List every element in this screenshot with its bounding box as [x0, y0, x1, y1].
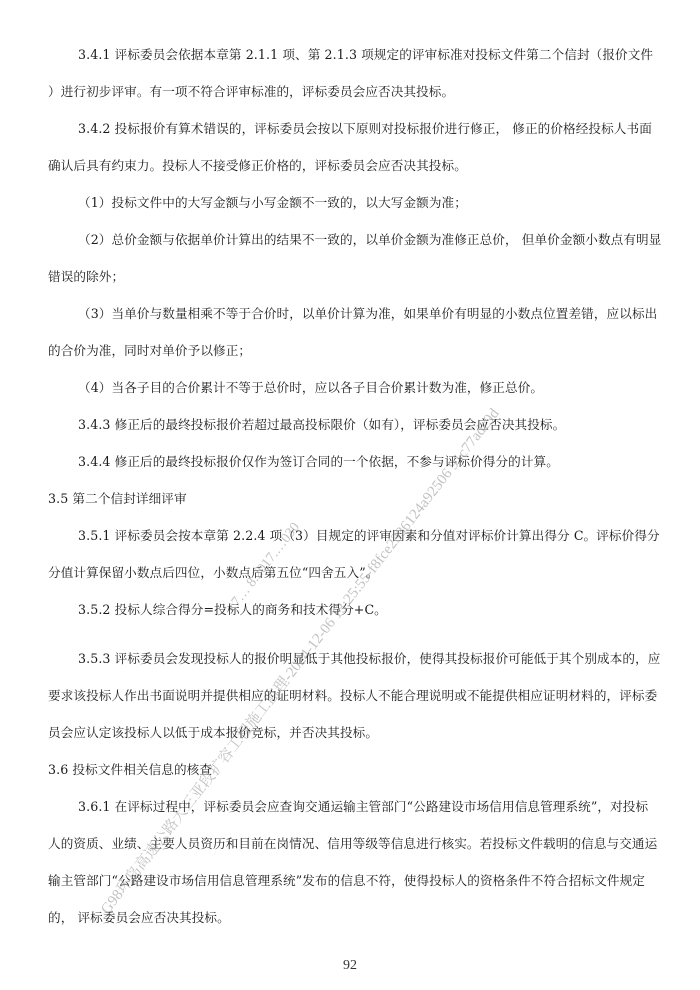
- text-line: 3.6.1 在评标过程中，评标委员会应查询交通运输主管部门“公路建设市场信用信息…: [78, 799, 648, 815]
- text-line: 的， 评标委员会应否决其投标。: [48, 910, 648, 926]
- text-line: 员会应认定该投标人以低于成本报价竞标，并否决其投标。: [48, 725, 648, 741]
- text-line: 3.4.4 修正后的最终投标报价仅作为签订合同的一个依据，不参与评标价得分的计算…: [78, 454, 648, 470]
- text-line: 要求该投标人作出书面说明并提供相应的证明材料。投标人不能合理说明或不能提供相应证…: [48, 688, 648, 704]
- text-line: 3.4.2 投标报价有算术错误的，评标委员会按以下原则对投标报价进行修正， 修正…: [78, 121, 648, 137]
- page-number: 92: [0, 958, 700, 974]
- text-line: （1）投标文件中的大写金额与小写金额不一致的，以大写金额为准；: [78, 195, 648, 211]
- document-page: 3.4.1 评标委员会依据本章第 2.1.1 项、第 2.1.3 项规定的评审标…: [0, 0, 700, 990]
- text-line: 3.5 第二个信封详细评审: [48, 491, 648, 507]
- text-line: 确认后具有约束力。投标人不接受修正价格的，评标委员会应否决其投标。: [48, 158, 648, 174]
- text-line: 的合价为准，同时对单价予以修正；: [48, 343, 648, 359]
- text-line: 人的资质、业绩、主要人员资历和目前在岗情况、信用等级等信息进行核实。若投标文件载…: [48, 836, 648, 852]
- text-line: 3.5.2 投标人综合得分=投标人的商务和技术得分+C。: [78, 602, 648, 618]
- text-line: （4）当各子目的合价累计不等于总价时，应以各子目合价累计数为准，修正总价。: [78, 380, 648, 396]
- text-line: 分值计算保留小数点后四位，小数点后第五位“四舍五入”。: [48, 565, 648, 581]
- text-line: （3）当单价与数量相乘不等于合价时，以单价计算为准，如果单价有明显的小数点位置差…: [78, 306, 648, 322]
- text-line: （2）总价金额与依据单价计算出的结果不一致的，以单价金额为准修正总价， 但单价金…: [78, 232, 648, 248]
- text-line: 3.6 投标文件相关信息的核查: [48, 762, 648, 778]
- text-line: 3.5.3 评标委员会发现投标人的报价明显低于其他投标报价，使得其投标报价可能低…: [78, 651, 648, 667]
- text-line: 输主管部门“公路建设市场信用信息管理系统”发布的信息不符，使得投标人的资格条件不…: [48, 873, 648, 889]
- text-line: 错误的除外；: [48, 269, 648, 285]
- text-line: 3.5.1 评标委员会按本章第 2.2.4 项（3）目规定的评审因素和分值对评标…: [78, 528, 648, 544]
- text-line: ）进行初步评审。有一项不符合评审标准的，评标委员会应否决其投标。: [48, 84, 648, 100]
- text-line: 3.4.1 评标委员会依据本章第 2.1.1 项、第 2.1.3 项规定的评审标…: [78, 47, 648, 63]
- text-line: 3.4.3 修正后的最终投标报价若超过最高投标限价（如有），评标委员会应否决其投…: [78, 417, 648, 433]
